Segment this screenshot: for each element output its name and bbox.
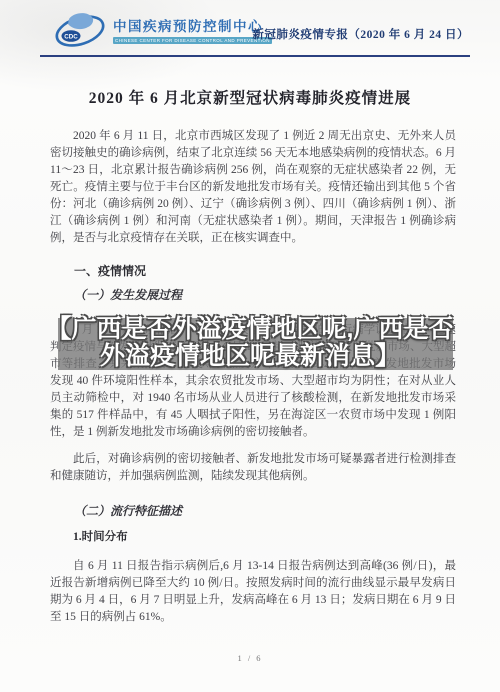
time-distribution-heading: 1.时间分布 <box>50 529 456 546</box>
header-divider <box>40 55 470 57</box>
org-name-english: CHINESE CENTER FOR DISEASE CONTROL AND P… <box>113 37 272 44</box>
caption-overlay-text: 【广西是否外溢疫情地区呢,广西是否 外溢疫情地区呢最新消息】 <box>0 316 500 370</box>
document-body: 2020 年 6 月 11 日，北京市西城区发现了 1 例近 2 周无出京史、无… <box>50 128 456 626</box>
section-heading: 一、疫情情况 <box>50 263 456 280</box>
paragraph-followup: 此后，对确诊病例的密切接触者、新发地批发市场可疑暴露者进行检测排查和健康随访，并… <box>50 451 456 485</box>
report-banner: 新冠肺炎疫情专报（2020 年 6 月 24 日） <box>252 26 469 42</box>
paragraph-intro: 2020 年 6 月 11 日，北京市西城区发现了 1 例近 2 周无出京史、无… <box>50 128 456 247</box>
org-name: 中国疾病预防控制中心 <box>113 15 272 35</box>
document-title: 2020 年 6 月北京新型冠状病毒肺炎疫情进展 <box>0 86 500 108</box>
cdc-logo-icon: CDC <box>54 8 106 50</box>
subsection-heading-2: （二）流行特征描述 <box>50 503 456 520</box>
caption-line-1: 【广西是否外溢疫情地区呢,广西是否 <box>0 316 500 343</box>
paragraph-time-distribution: 自 6 月 11 日报告指示病例后,6 月 13-14 日报告病例达到高峰(36… <box>50 558 456 626</box>
caption-line-2: 外溢疫情地区呢最新消息】 <box>0 343 500 370</box>
cdc-logo-block: CDC 中国疾病预防控制中心 CHINESE CENTER FOR DISEAS… <box>54 8 272 50</box>
page-indicator: 1 / 6 <box>0 653 500 663</box>
org-text: 中国疾病预防控制中心 CHINESE CENTER FOR DISEASE CO… <box>113 15 272 44</box>
subsection-heading-1: （一）发生发展过程 <box>50 287 456 304</box>
svg-text:CDC: CDC <box>64 34 78 41</box>
scanned-report-page: CDC 中国疾病预防控制中心 CHINESE CENTER FOR DISEAS… <box>0 0 500 692</box>
